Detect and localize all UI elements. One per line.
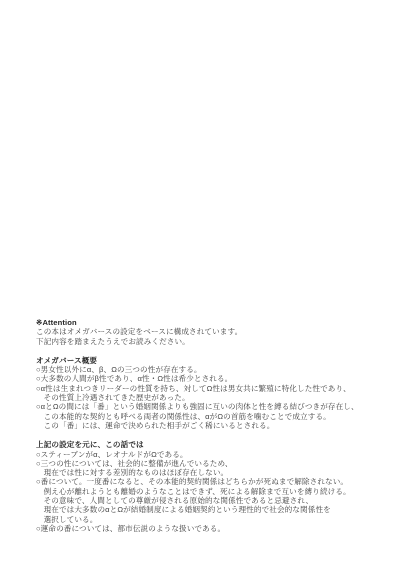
attention-heading: ※Attention <box>36 318 359 327</box>
story-continuation-line: 例え心が離れようとも離婚のようなことはできず、死による解除まで互いを縛り続ける。 <box>36 487 359 496</box>
overview-continuation-line: この「番」には、運命で決められた相手がごく稀にいるとされる。 <box>36 421 359 430</box>
story-settings-section: 上記の設定を元に、この話では ○スティーブンがα、レオナルドがΩである。 ○三つ… <box>36 440 359 533</box>
omegaverse-overview-section: オメガバース概要 ○男女性以外にα、β、Ωの三つの性が存在する。 ○大多数の人間… <box>36 356 359 430</box>
overview-continuation-line: この本能的な契約とも呼べる両者の関係性は、αがΩの首筋を噛むことで成立する。 <box>36 412 359 421</box>
story-bullet-line: ○運命の番については、都市伝説のような扱いである。 <box>36 524 359 533</box>
story-continuation-line: 選択している。 <box>36 515 359 524</box>
story-bullet-line: ○三つの性については、社会的に整備が進んでいるため、 <box>36 459 359 468</box>
overview-bullet-line: ○大多数の人間がβ性であり、α性・Ω性は希少とされる。 <box>36 374 359 383</box>
overview-heading: オメガバース概要 <box>36 356 359 365</box>
overview-continuation-line: その性質上冷遇されてきた歴史があった。 <box>36 393 359 402</box>
story-bullet-line: ○番について。一度番になると、その本能的契約関係はどちらかが死ぬまで解除されない… <box>36 477 359 486</box>
story-heading: 上記の設定を元に、この話では <box>36 440 359 449</box>
overview-bullet-line: ○αとΩの間には「番」という婚姻関係よりも強固に互いの肉体と性を縛る結びつきが存… <box>36 402 359 411</box>
attention-section: ※Attention この本はオメガバースの設定をベースに構成されています。 下… <box>36 318 359 346</box>
attention-line: この本はオメガバースの設定をベースに構成されています。 <box>36 327 359 336</box>
scanned-notice-page: ※Attention この本はオメガバースの設定をベースに構成されています。 下… <box>0 0 400 565</box>
attention-line: 下記内容を踏まえたうえでお読みください。 <box>36 337 359 346</box>
notice-text-block: ※Attention この本はオメガバースの設定をベースに構成されています。 下… <box>36 318 359 533</box>
overview-bullet-line: ○α性は生まれつきリーダーの性質を持ち、対してΩ性は男女共に繁殖に特化した性であ… <box>36 384 359 393</box>
story-continuation-line: その意味で、人間としての尊厳が侵される原始的な関係性であると忌避され、 <box>36 496 359 505</box>
story-continuation-line: 現在では大多数のαとΩが結婚制度による婚姻契約という理性的で社会的な関係性を <box>36 505 359 514</box>
story-bullet-line: ○スティーブンがα、レオナルドがΩである。 <box>36 450 359 459</box>
